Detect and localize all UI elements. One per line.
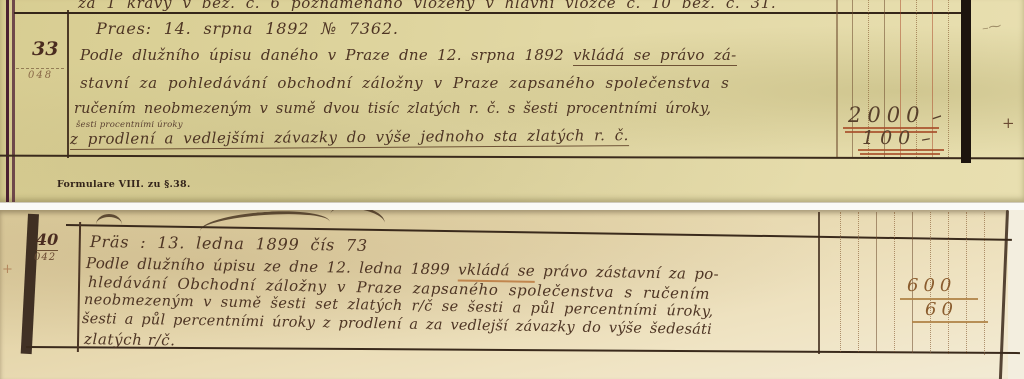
entry1-carryover-note: za 1 krávy v běž. č. 6 poznamenáno vlože… (78, 0, 776, 12)
entry2-strip: + 40 042 Präs : 13. ledna 1899 čís 73 Po… (0, 210, 1024, 379)
entry1-strip: za 1 krávy v běž. č. 6 poznamenáno vlože… (0, 0, 1024, 203)
entry1-amount-secondary-value: 100 (862, 127, 916, 149)
entry1-body-line1: Podle dlužního úpisu daného v Praze dne … (80, 46, 737, 64)
entry1-body-line4-text: z prodlení a vedlejšími závazky do výše … (70, 126, 629, 150)
entry1-amount-secondary-underline-1 (858, 149, 944, 151)
entry1-cross-mark: + (1002, 114, 1015, 132)
entry2-cross-mark: + (2, 262, 13, 277)
entry1-margin-rule (16, 68, 64, 69)
entry1-amount-secondary-dash: – (919, 126, 938, 150)
money-column-line (818, 212, 820, 354)
margin-divider-line (67, 10, 69, 158)
entry1-body-line1-underlined: vkládá se právo zá- (573, 46, 737, 66)
entry2-body-line1-post: právo zástavní za po- (535, 262, 719, 283)
cut-off-stroke (328, 210, 387, 236)
entry1-margin-subnumber: 048 (28, 70, 53, 81)
entry1-amount-main: 2000– (848, 103, 948, 127)
ledger-page-scan: za 1 krávy v běž. č. 6 poznamenáno vlože… (0, 0, 1024, 379)
money-column-line (876, 212, 877, 352)
entry2-praes-line: Präs : 13. ledna 1899 čís 73 (90, 232, 368, 255)
money-column-line (840, 212, 841, 352)
entry2-body-line5: zlatých r/č. (84, 330, 176, 349)
entry1-amount-secondary: 100– (862, 127, 937, 149)
margin-divider-line-2 (77, 222, 81, 352)
entry1-body-line3: ručením neobmezeným v sumě dvou tisíc zl… (74, 101, 711, 117)
money-column-line (948, 0, 949, 157)
entry2-margin-number-value: 40 (36, 230, 58, 251)
binding-edge-line (6, 0, 9, 203)
money-column-line (984, 212, 985, 355)
money-column-line (894, 212, 895, 352)
entry2-amount-secondary: 60 (925, 299, 958, 320)
entry1-praes-line: Praes: 14. srpna 1892 № 7362. (96, 19, 399, 38)
binding-edge-line-2 (12, 0, 15, 203)
entry1-amount-main-dash: – (928, 101, 951, 129)
money-column-line (858, 212, 859, 352)
entry1-amount-main-value: 2000 (848, 103, 925, 127)
printed-form-footer: Formulare VIII. zu §.38. (57, 179, 191, 190)
rule-top (14, 12, 966, 14)
money-column-line (836, 0, 838, 157)
entry2-margin-subnumber: 042 (34, 252, 56, 263)
entry1-margin-number: 33 (32, 38, 58, 60)
money-column-line (966, 212, 967, 354)
money-column-line (852, 0, 853, 157)
entry2-margin-number: 40 (36, 230, 58, 249)
entry2-amount-main: 600 (907, 275, 956, 296)
entry1-body-line1-pre: Podle dlužního úpisu daného v Praze dne … (80, 46, 573, 64)
entry1-pencil-scribble: –⁓ (981, 19, 1002, 37)
entry2-amount-secondary-underline (912, 321, 988, 323)
entry1-amount-secondary-underline-2 (860, 153, 940, 155)
entry1-body-line2: stavní za pohledávání obchodní záložny v… (80, 74, 729, 92)
rule-bottom (0, 155, 1024, 160)
thick-column-divider (961, 0, 971, 163)
entry1-body-line4: z prodlení a vedlejšími závazky do výše … (70, 126, 629, 148)
